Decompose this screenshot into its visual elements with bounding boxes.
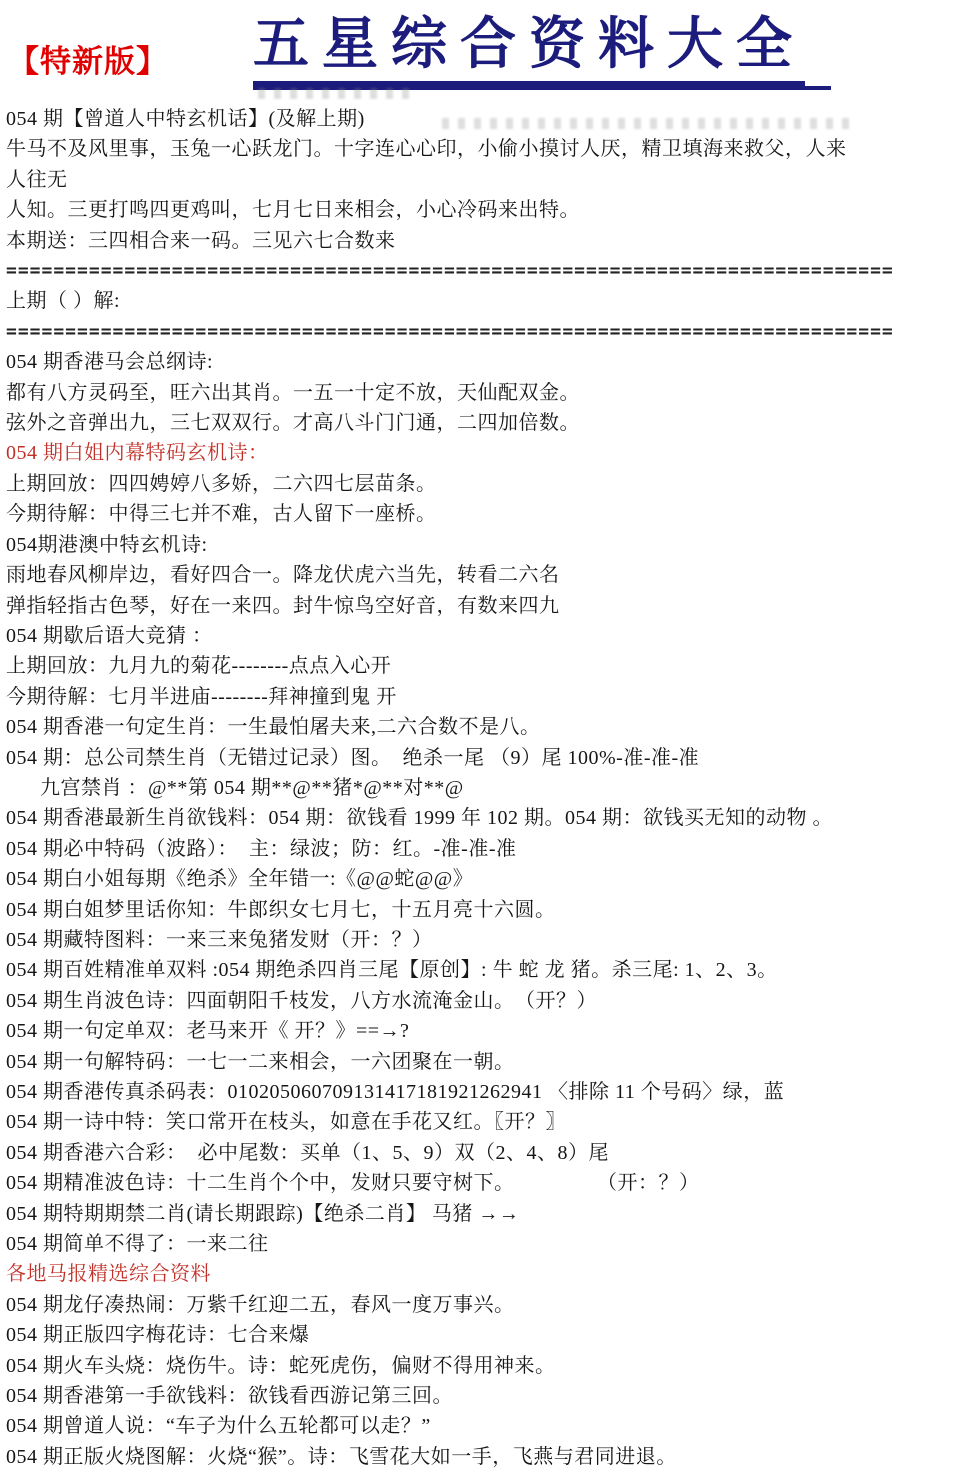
text-line: 054 期藏特图料：一来三来兔猪发财（开：？） bbox=[6, 925, 965, 955]
text-line: 054 期生肖波色诗：四面朝阳千枝发，八方水流淹金山。 （开？） bbox=[6, 986, 965, 1016]
text-line: 054 期龙仔凑热闹：万紫千红迎二五，春风一度万事兴。 bbox=[6, 1290, 965, 1320]
hk-jockey-club-heading: 054 期香港马会总纲诗: bbox=[6, 347, 965, 377]
poem-line: 上期回放：九月九的菊花--------点点入心开 bbox=[6, 651, 965, 681]
page-header: 【特新版】 五星综合资料大全 bbox=[0, 0, 967, 98]
text-line: 054 期一诗中特：笑口常开在枝头，如意在手花又红。〖开？〗 bbox=[6, 1107, 965, 1137]
poem-line: 都有八方灵码至，旺六出其肖。一五一十定不放，天仙配双金。 bbox=[6, 378, 965, 408]
xiehouyu-heading: 054 期歇后语大竞猜 ： bbox=[6, 621, 965, 651]
text-line: 054 期正版火烧图解：火烧“猴”。诗：飞雪花大如一手，飞燕与君同进退。 bbox=[6, 1442, 965, 1472]
poem-line: 雨地春风柳岸边，看好四合一。降龙伏虎六当先，转看二六名 bbox=[6, 560, 965, 590]
text-line: 054 期简单不得了：一来二往 bbox=[6, 1229, 965, 1259]
text-line: 054 期精准波色诗：十二生肖个个中，发财只要守树下。 （开：？） bbox=[6, 1168, 965, 1198]
page-title: 五星综合资料大全 bbox=[253, 0, 805, 86]
last-issue-answer: 上期（ ）解: bbox=[6, 286, 965, 316]
content-lines: 054 期【曾道人中特玄机话】(及解上期)牛马不及风里事，玉兔一心跃龙门。十字连… bbox=[0, 98, 967, 1472]
text-line: 054 期香港六合彩： 必中尾数：买单（1、5、9）双（2、4、8）尾 bbox=[6, 1138, 965, 1168]
poem-line: 上期回放：四四娉婷八多娇，二六四七层苗条。 bbox=[6, 469, 965, 499]
scan-artifact bbox=[442, 118, 852, 129]
baijie-heading: 054 期白姐内幕特码玄机诗： bbox=[6, 438, 965, 468]
text-line: 054 期香港最新生肖欲钱料：054 期：欲钱看 1999 年 102 期。05… bbox=[6, 803, 965, 833]
text-line: 054 期必中特码（波路）： 主：绿波；防：红。-准-准-准 bbox=[6, 834, 965, 864]
poem-line: 人往无 bbox=[6, 165, 965, 195]
text-line: 054 期百姓精准单双料 :054 期绝杀四肖三尾【原创】: 牛 蛇 龙 猪。杀… bbox=[6, 955, 965, 985]
poem-line: 牛马不及风里事，玉兔一心跃龙门。十字连心心印，小偷小摸讨人厌，精卫填海来救父，人… bbox=[6, 134, 965, 164]
text-line: 054 期香港一句定生肖：一生最怕屠夫来,二六合数不是八。 bbox=[6, 712, 965, 742]
text-line: 054 期：总公司禁生肖（无错过记录）图。 绝杀一尾 （9）尾 100%-准-准… bbox=[6, 743, 965, 773]
scan-artifact bbox=[258, 88, 418, 99]
gangao-heading: 054期港澳中特玄机诗: bbox=[6, 530, 965, 560]
text-line: 054 期特期期禁二肖(请长期跟踪)【绝杀二肖】 马猪 →→ bbox=[6, 1199, 965, 1229]
text-line: 054 期曾道人说：“车子为什么五轮都可以走？” bbox=[6, 1411, 965, 1441]
text-line: 054 期火车头烧：烧伤牛。诗：蛇死虎伤，偏财不得用神来。 bbox=[6, 1351, 965, 1381]
regional-papers-heading: 各地马报精选综合资料 bbox=[6, 1259, 965, 1289]
poem-line: 人知。三更打鸣四更鸡叫，七月七日来相会，小心冷码来出特。 bbox=[6, 195, 965, 225]
edition-badge: 【特新版】 bbox=[8, 36, 168, 81]
text-line: 054 期正版四字梅花诗：七合来爆 bbox=[6, 1320, 965, 1350]
poem-line: 今期待解：中得三七并不难，古人留下一座桥。 bbox=[6, 499, 965, 529]
text-line: 054 期香港传真杀码表：010205060709131417181921262… bbox=[6, 1077, 965, 1107]
poem-line: 本期送：三四相合来一码。三见六七合数来 bbox=[6, 226, 965, 256]
separator-line: ========================================… bbox=[6, 317, 965, 347]
text-line: 054 期一句解特码：一七一二来相会，一六团聚在一朝。 bbox=[6, 1047, 965, 1077]
separator-line: ========================================… bbox=[6, 256, 965, 286]
poem-line: 弹指轻指古色琴，好在一来四。封牛惊鸟空好音，有数来四九 bbox=[6, 591, 965, 621]
jiugong-line: 九宫禁肖 ：@**第 054 期**@**猪*@**对**@ bbox=[6, 773, 965, 803]
text-line: 054 期白小姐每期《绝杀》全年错一:《@@蛇@@》 bbox=[6, 864, 965, 894]
text-line: 054 期一句定单双：老马来开《 开？》==→? bbox=[6, 1016, 965, 1046]
text-line: 054 期白姐梦里话你知：牛郎织女七月七，十五月亮十六圆。 bbox=[6, 895, 965, 925]
poem-line: 弦外之音弹出九，三七双双行。才高八斗门门通，二四加倍数。 bbox=[6, 408, 965, 438]
poem-line: 今期待解：七月半进庙--------拜神撞到鬼 开 bbox=[6, 682, 965, 712]
text-line: 054 期香港第一手欲钱料：欲钱看西游记第三回。 bbox=[6, 1381, 965, 1411]
